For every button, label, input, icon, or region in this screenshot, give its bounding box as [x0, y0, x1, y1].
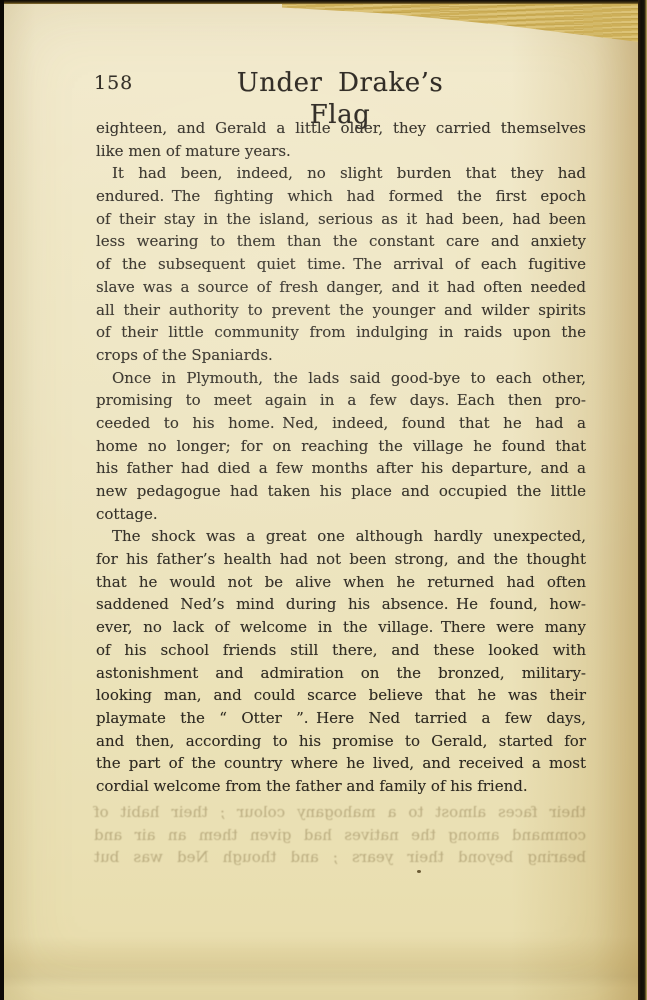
text-line: cottage.: [96, 503, 586, 526]
text-line: his father had died a few months after h…: [96, 457, 586, 480]
ink-speck: [417, 870, 421, 873]
scan-edge-left: [0, 0, 4, 1000]
text-line: and then, according to his promise to Ge…: [96, 730, 586, 753]
text-line: saddened Ned’s mind during his absence. …: [96, 593, 586, 616]
text-line: of the subsequent quiet time. The arriva…: [96, 253, 586, 276]
scan-edge-top: [0, 0, 647, 4]
book-page: 158 Under Drake’s Flag eighteen, and Ger…: [4, 4, 638, 1000]
text-line: of their stay in the island, serious as …: [96, 208, 586, 231]
text-line: playmate the “ Otter ”. Here Ned tarried…: [96, 707, 586, 730]
book-scan: 158 Under Drake’s Flag eighteen, and Ger…: [0, 0, 647, 1000]
text-line: the part of the country where he lived, …: [96, 752, 586, 775]
text-line: crops of the Spaniards.: [96, 344, 586, 367]
ghost-text-line: bearing beyond their years ; and though …: [94, 846, 586, 869]
ghost-text-line: their faces almost to a mahogany colour …: [94, 801, 586, 824]
text-line: for his father’s health had not been str…: [96, 548, 586, 571]
text-line: new pedagogue had taken his place and oc…: [96, 480, 586, 503]
text-line: It had been, indeed, no slight burden th…: [96, 162, 586, 185]
text-line: less wearing to them than the constant c…: [96, 230, 586, 253]
page-number: 158: [94, 71, 133, 95]
text-line: like men of mature years.: [96, 140, 586, 163]
text-line: astonishment and admiration on the bronz…: [96, 662, 586, 685]
ghost-text-line: command among the natives had given them…: [94, 824, 586, 847]
text-line: The shock was a great one although hardl…: [96, 525, 586, 548]
text-line: home no longer; for on reaching the vill…: [96, 435, 586, 458]
text-line: slave was a source of fresh danger, and …: [96, 276, 586, 299]
text-line: Once in Plymouth, the lads said good-bye…: [96, 367, 586, 390]
text-line: looking man, and could scarce believe th…: [96, 684, 586, 707]
text-line: promising to meet again in a few days. E…: [96, 389, 586, 412]
scan-edge-right: [638, 0, 647, 1000]
text-line: eighteen, and Gerald a little older, the…: [96, 117, 586, 140]
page-text: eighteen, and Gerald a little older, the…: [96, 117, 586, 798]
text-line: endured. The fighting which had formed t…: [96, 185, 586, 208]
ghost-text: their faces almost to a mahogany colour …: [94, 801, 586, 869]
text-line: of their little community from indulging…: [96, 321, 586, 344]
text-line: of his school friends still there, and t…: [96, 639, 586, 662]
text-line: that he would not be alive when he retur…: [96, 571, 586, 594]
text-line: all their authority to prevent the young…: [96, 299, 586, 322]
text-line: cordial welcome from the father and fami…: [96, 775, 586, 798]
page-curvature-shading: [4, 936, 638, 988]
text-line: ever, no lack of welcome in the village.…: [96, 616, 586, 639]
text-line: ceeded to his home. Ned, indeed, found t…: [96, 412, 586, 435]
